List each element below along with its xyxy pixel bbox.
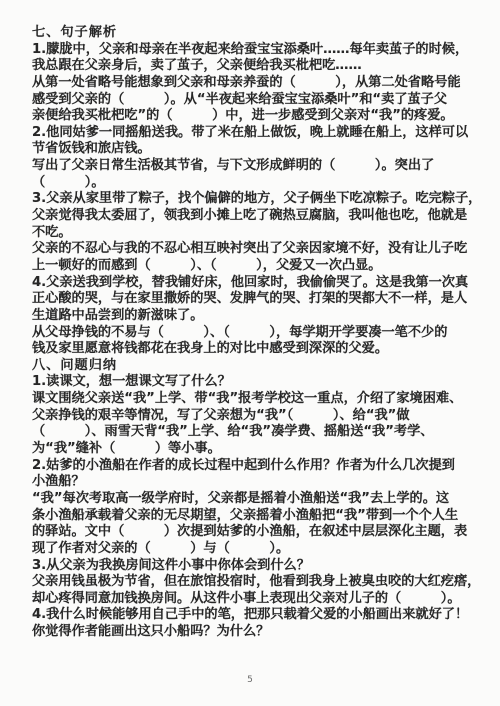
text-line: 写出了父亲日常生活极其节省，与下文形成鲜明的（ ）。突出了 [32, 158, 496, 175]
text-line: 父亲用钱虽极为节省，但在旅馆投宿时，他看到我身上被臭虫咬的大红疙瘩， [32, 574, 496, 591]
text-line: 父亲的不忍心与我的不忍心相互映衬突出了父亲因家境不好，没有让儿子吃 [32, 241, 496, 258]
text-line: 生道路中品尝到的新滋味了。 [32, 308, 496, 325]
text-line: 父亲觉得我太委屈了，领我到小摊上吃了碗热豆腐脑，我叫他也吃，他就是 [32, 208, 496, 225]
text-line: 4.我什么时候能够用自己手中的笔，把那只载着父爱的小船画出来就好了！ [32, 607, 496, 624]
text-line: 4.父亲送我到学校，替我铺好床，他回家时，我偷偷哭了。这是我第一次真 [32, 275, 496, 292]
text-line: 我总跟在父亲身后，卖了茧子，父亲便给我买枇杷吃…… [32, 58, 496, 75]
text-line: 感受到父亲的（ ）。从“半夜起来给蚕宝宝添桑叶”和“卖了茧子父 [32, 92, 496, 109]
text-line: 1.读课文，想一想课文写了什么？ [32, 374, 496, 391]
scanned-worksheet-page: 七、句子解析1.朦胧中，父亲和母亲在半夜起来给蚕宝宝添桑叶……每年卖茧子的时候，… [0, 0, 500, 706]
text-line: 2.他同姑爹一同摇船送我。带了米在船上做饭，晚上就睡在船上，这样可以 [32, 125, 496, 142]
text-line: 钱及家里愿意将钱都花在我身上的对比中感受到深深的父爱。 [32, 341, 496, 358]
text-line: 你觉得作者能画出这只小船吗？为什么？ [32, 624, 496, 641]
text-line: 却心疼得同意加钱换房间。从这件小事上表现出父亲对儿子的（ ）。 [32, 591, 496, 608]
document-body: 七、句子解析1.朦胧中，父亲和母亲在半夜起来给蚕宝宝添桑叶……每年卖茧子的时候，… [32, 25, 496, 641]
text-line: “我”每次考取高一级学府时，父亲都是摇着小渔船送“我”去上学的。这 [32, 491, 496, 508]
text-line: 为“我”缝补（ ）等小事。 [32, 441, 496, 458]
text-line: 3.父亲从家里带了粽子，找个偏僻的地方，父子俩坐下吃凉粽子。吃完粽子， [32, 191, 496, 208]
text-line: 正心酸的哭，与在家里撒娇的哭、发脾气的哭、打架的哭都大不一样，是人 [32, 291, 496, 308]
text-line: 不吃。 [32, 225, 496, 242]
text-line: 小渔船？ [32, 474, 496, 491]
text-line: （ ）、雨雪天背“我”上学、给“我”凑学费、摇船送“我”考学、 [32, 424, 496, 441]
text-line: 3.从父亲为我换房间这件小事中你体会到什么？ [32, 558, 496, 575]
text-line: 从第一处省略号能想象到父亲和母亲养蚕的（ ），从第二处省略号能 [32, 75, 496, 92]
text-line: 1.朦胧中，父亲和母亲在半夜起来给蚕宝宝添桑叶……每年卖茧子的时候， [32, 42, 496, 59]
text-line: 课文围绕父亲送“我”上学、带“我”报考学校这一重点，介绍了家境困难、 [32, 391, 496, 408]
section-title: 七、句子解析 [32, 25, 496, 42]
text-line: 节省饭钱和旅店钱。 [32, 141, 496, 158]
text-line: 从父母挣钱的不易与（ ）、（ ），每学期开学要凑一笔不少的 [32, 325, 496, 342]
page-number: 5 [0, 675, 500, 685]
text-line: 上一顿好的而感到（ ）、（ ），父爱又一次凸显。 [32, 258, 496, 275]
text-line: 条小渔船承载着父亲的无尽期望，父亲摇着小渔船把“我”带到一个个人生 [32, 508, 496, 525]
text-line: 亲便给我买枇杷吃”的（ ）中，进一步感受到父亲对“我”的疼爱。 [32, 108, 496, 125]
text-line: 2.姑爹的小渔船在作者的成长过程中起到什么作用？作者为什么几次提到 [32, 458, 496, 475]
text-line: （ ）。 [32, 175, 496, 192]
text-line: 的驿站。文中（ ）次提到姑爹的小渔船，在叙述中层层深化主题，表 [32, 524, 496, 541]
text-line: 父亲挣钱的艰辛等情况，写了父亲想为“我”（ ）、给“我”做 [32, 408, 496, 425]
text-line: 现了作者对父亲的（ ）与（ ）。 [32, 541, 496, 558]
section-title: 八、问题归纳 [32, 358, 496, 375]
